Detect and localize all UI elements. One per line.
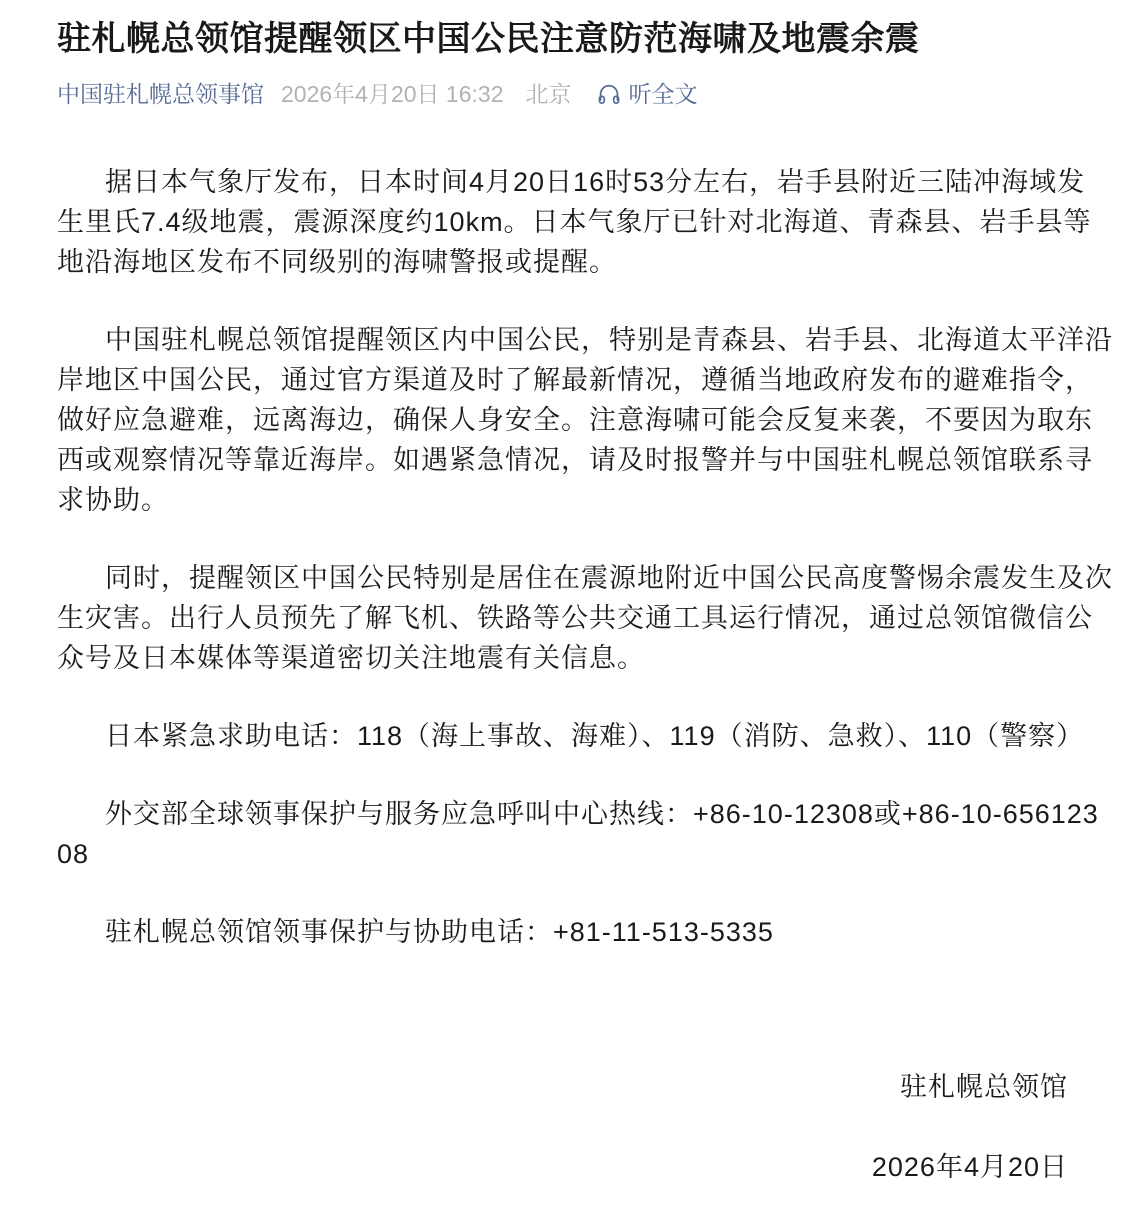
- publish-datetime: 2026年4月20日 16:32: [281, 78, 504, 110]
- article-title: 驻札幌总领馆提醒领区中国公民注意防范海啸及地震余震: [57, 16, 1113, 62]
- article-paragraph: 据日本气象厅发布，日本时间4月20日16时53分左右，岩手县附近三陆冲海域发生里…: [57, 162, 1113, 282]
- article-paragraph: 中国驻札幌总领馆提醒领区内中国公民，特别是青森县、岩手县、北海道太平洋沿岸地区中…: [57, 320, 1113, 520]
- listen-full-text-button[interactable]: 听全文: [596, 78, 698, 110]
- publish-location: 北京: [526, 78, 572, 110]
- official-account-link[interactable]: 中国驻札幌总领事馆: [57, 78, 264, 110]
- article-body: 据日本气象厅发布，日本时间4月20日16时53分左右，岩手县附近三陆冲海域发生里…: [57, 162, 1113, 1187]
- article-meta-bar: 中国驻札幌总领事馆 2026年4月20日 16:32 北京 听全文: [57, 78, 1113, 110]
- emergency-phone-line: 日本紧急求助电话：118（海上事故、海难）、119（消防、急救）、110（警察）: [57, 716, 1113, 756]
- headphones-icon: [596, 81, 622, 107]
- consulate-phone-line: 驻札幌总领馆领事保护与协助电话：+81-11-513-5335: [57, 912, 1113, 952]
- article-paragraph: 同时，提醒领区中国公民特别是居住在震源地附近中国公民高度警惕余震发生及次生灾害。…: [57, 558, 1113, 678]
- signature: 驻札幌总领馆: [57, 1067, 1113, 1107]
- mfa-hotline-line: 外交部全球领事保护与服务应急呼叫中心热线：+86-10-12308或+86-10…: [57, 794, 1113, 874]
- article-page: 驻札幌总领馆提醒领区中国公民注意防范海啸及地震余震 中国驻札幌总领事馆 2026…: [0, 0, 1148, 1206]
- signature-date: 2026年4月20日: [57, 1147, 1113, 1187]
- listen-full-text-label: 听全文: [629, 78, 698, 110]
